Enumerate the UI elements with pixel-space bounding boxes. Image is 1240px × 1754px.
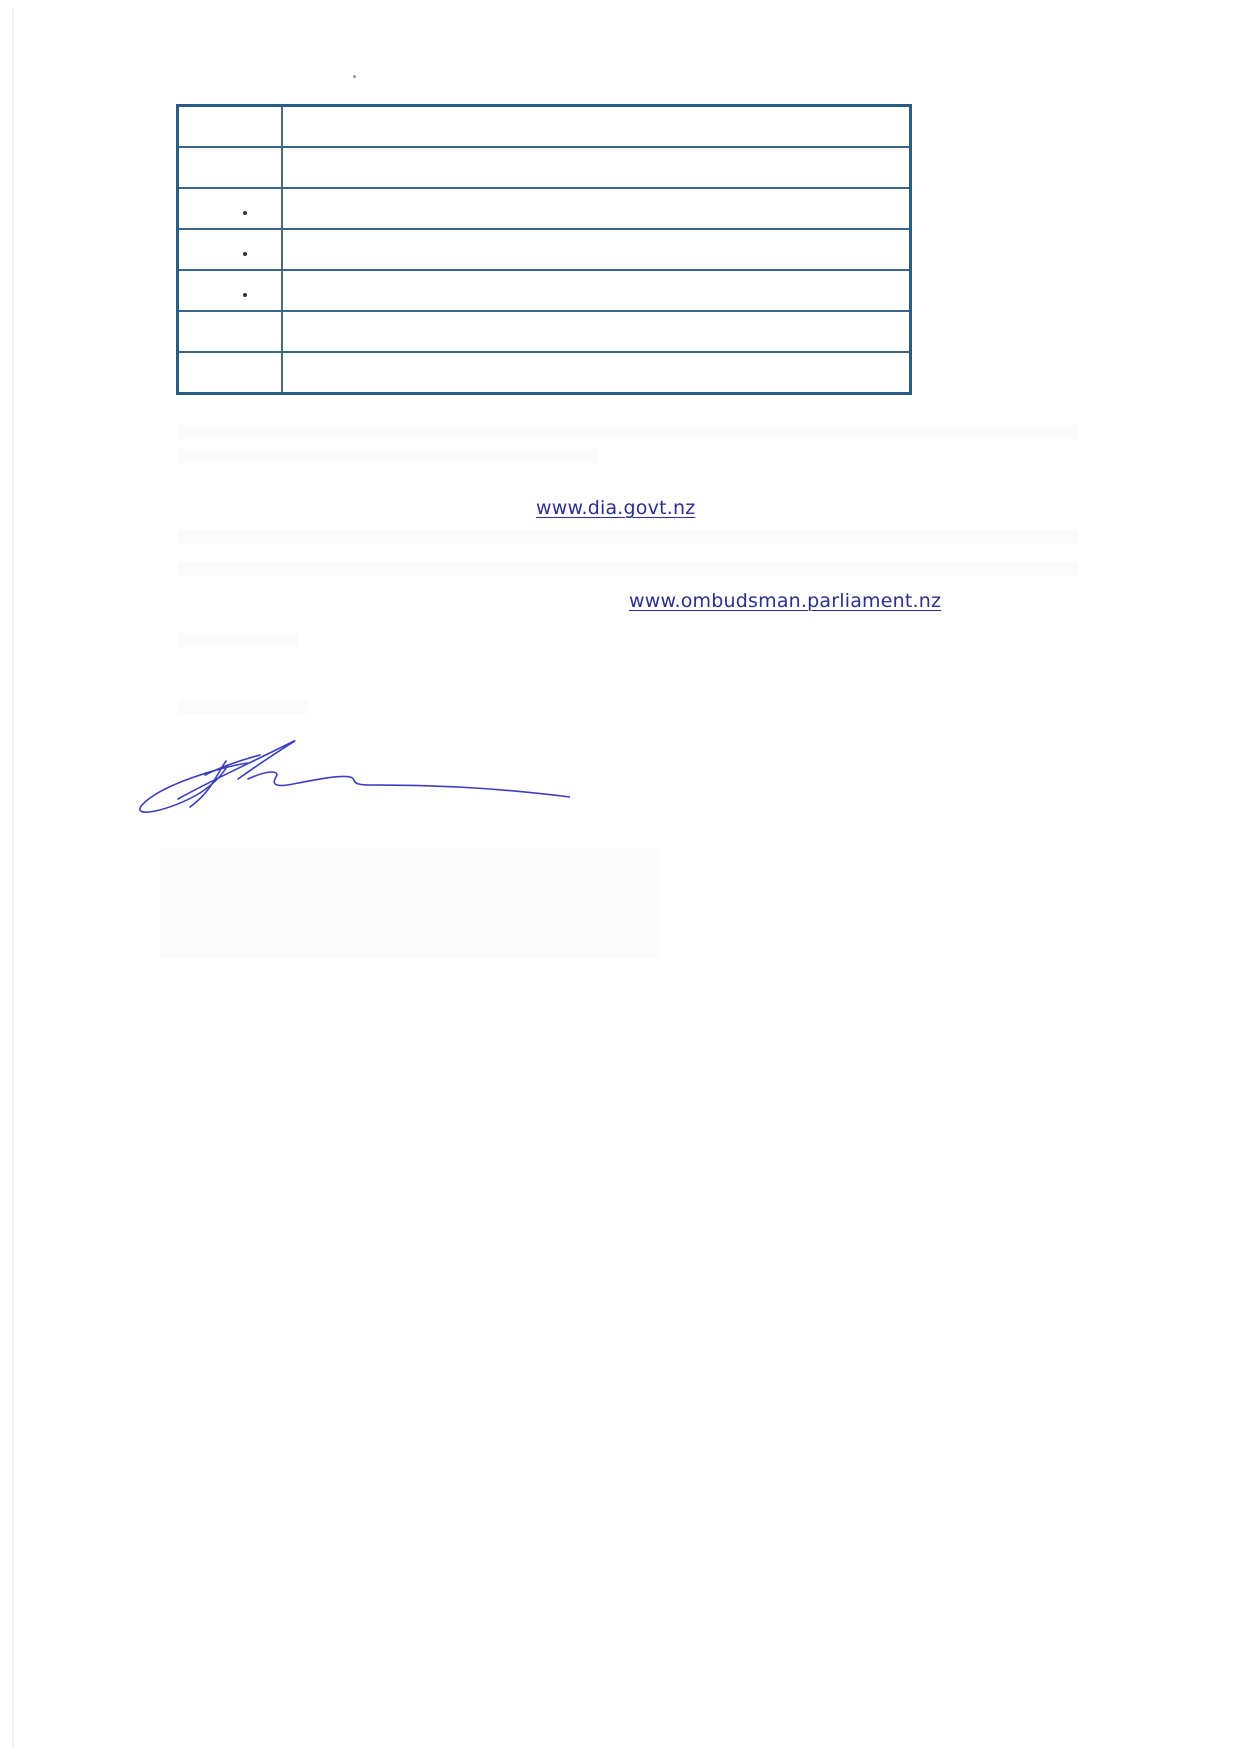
redacted-paragraph [178,633,298,647]
table-cell-label [178,352,283,394]
table-cell-value [282,352,911,394]
table-row [178,229,911,270]
table-row [178,147,911,188]
table-cell-label [178,270,283,311]
redacted-table [176,104,912,395]
scan-speck [353,75,356,78]
table-cell-value [282,147,911,188]
table-cell-label [178,188,283,229]
table-cell-label [178,147,283,188]
redacted-paragraph [178,530,1078,544]
table-cell-value [282,229,911,270]
redacted-paragraph [178,562,1078,576]
redacted-paragraph [178,449,598,463]
bullet-icon [243,293,247,297]
table-row [178,352,911,394]
table-cell-value [282,270,911,311]
redacted-signatory-block [160,848,660,958]
table-row [178,188,911,229]
signature-icon [130,735,570,815]
table-cell-value [282,106,911,148]
table-cell-value [282,311,911,352]
table-cell-label [178,311,283,352]
redacted-closing [178,700,308,714]
bullet-icon [243,252,247,256]
table-row [178,311,911,352]
table-row [178,106,911,148]
table-cell-label [178,229,283,270]
scan-edge-shadow [12,8,14,1748]
table-cell-label [178,106,283,148]
bullet-icon [243,211,247,215]
table-cell-value [282,188,911,229]
redacted-paragraph [178,425,1078,439]
dia-website-link[interactable]: www.dia.govt.nz [536,497,695,519]
ombudsman-website-link[interactable]: www.ombudsman.parliament.nz [629,590,941,612]
table-row [178,270,911,311]
